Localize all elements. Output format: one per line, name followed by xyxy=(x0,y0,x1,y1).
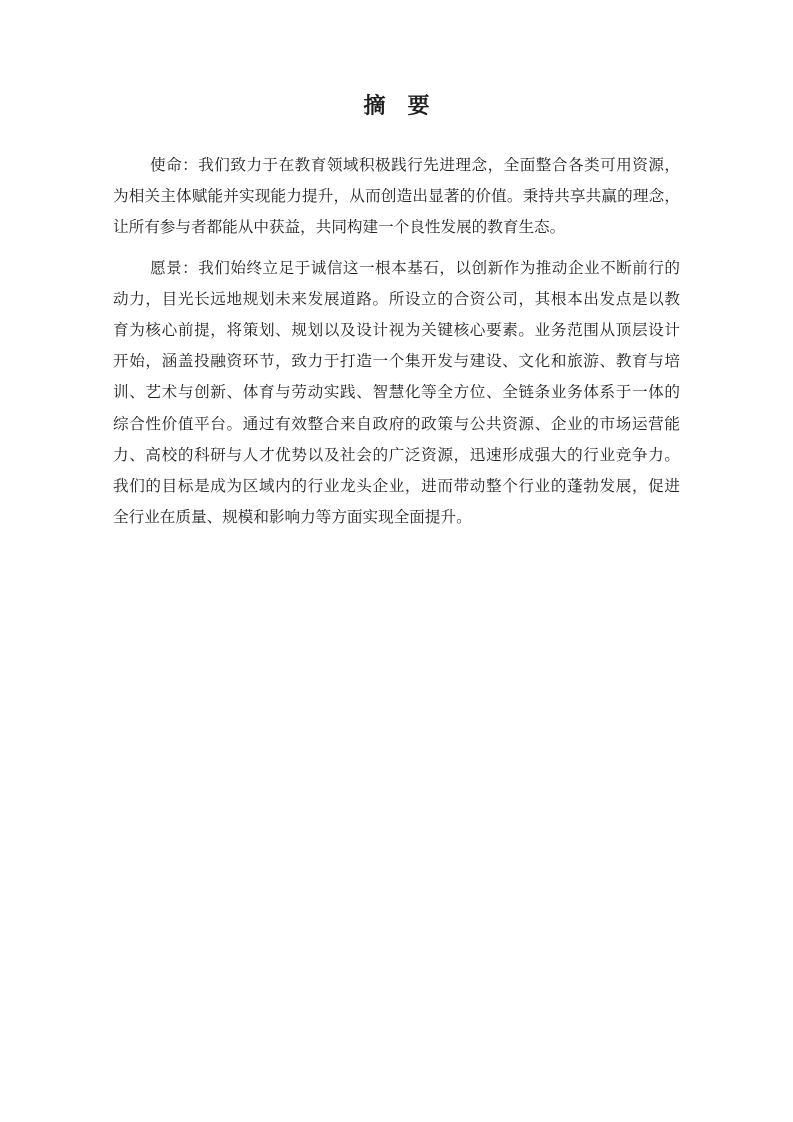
text-line: 训、艺术与创新、体育与劳动实践、智慧化等全方位、全链条业务体系于一体的 xyxy=(113,377,680,408)
text-line: 使命：我们致力于在教育领域积极践行先进理念，全面整合各类可用资源， xyxy=(113,150,680,181)
document-body: 使命：我们致力于在教育领域积极践行先进理念，全面整合各类可用资源，为相关主体赋能… xyxy=(113,150,680,533)
text-line: 育为核心前提，将策划、规划以及设计视为关键核心要素。业务范围从顶层设计 xyxy=(113,315,680,346)
text-line: 开始，涵盖投融资环节，致力于打造一个集开发与建设、文化和旅游、教育与培 xyxy=(113,346,680,377)
page-title: 摘 要 xyxy=(113,90,680,122)
text-line: 让所有参与者都能从中获益，共同构建一个良性发展的教育生态。 xyxy=(113,212,680,243)
text-line: 我们的目标是成为区域内的行业龙头企业，进而带动整个行业的蓬勃发展，促进 xyxy=(113,471,680,502)
document-page: 摘 要 使命：我们致力于在教育领域积极践行先进理念，全面整合各类可用资源，为相关… xyxy=(0,0,793,1122)
text-line: 动力，目光长远地规划未来发展道路。所设立的合资公司，其根本出发点是以教 xyxy=(113,284,680,315)
text-line: 为相关主体赋能并实现能力提升，从而创造出显著的价值。秉持共享共赢的理念， xyxy=(113,181,680,212)
text-line: 综合性价值平台。通过有效整合来自政府的政策与公共资源、企业的市场运营能 xyxy=(113,409,680,440)
text-line: 愿景：我们始终立足于诚信这一根本基石，以创新作为推动企业不断前行的 xyxy=(113,253,680,284)
paragraph: 愿景：我们始终立足于诚信这一根本基石，以创新作为推动企业不断前行的动力，目光长远… xyxy=(113,253,680,534)
text-line: 力、高校的科研与人才优势以及社会的广泛资源，迅速形成强大的行业竞争力。 xyxy=(113,440,680,471)
paragraph: 使命：我们致力于在教育领域积极践行先进理念，全面整合各类可用资源，为相关主体赋能… xyxy=(113,150,680,244)
text-line: 全行业在质量、规模和影响力等方面实现全面提升。 xyxy=(113,502,680,533)
